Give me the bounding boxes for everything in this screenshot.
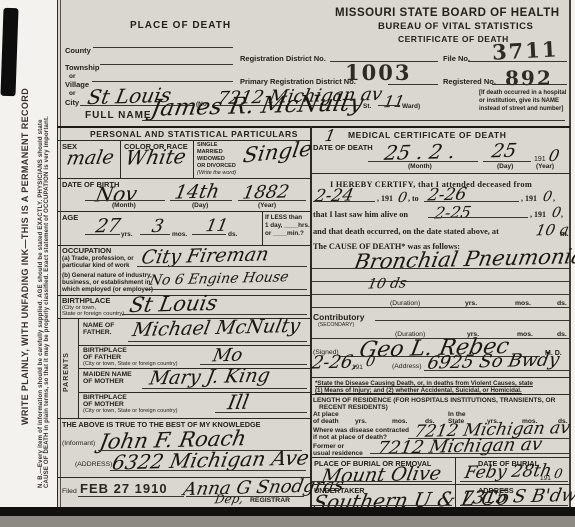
mother-birthplace-value: Ill [226, 390, 251, 415]
dob-day-sub: (Day) [192, 202, 208, 209]
father-name-value: Michael McNulty [131, 315, 302, 341]
secondary-label: (SECONDARY) [318, 323, 354, 329]
street-st-label: St. [363, 103, 371, 110]
parents-label: PARENTS [63, 352, 70, 392]
city-label: City [65, 99, 79, 108]
last-saw-label: that I last saw him alive on [313, 210, 408, 219]
last-saw-value: 2-25 [433, 203, 473, 223]
father-name-label2: FATHER. [83, 329, 112, 337]
sex-value: male [65, 146, 116, 169]
village-label: Village [65, 81, 89, 90]
at-place-yrs: yrs. [355, 418, 367, 426]
former-residence-value: 7212 Michigan av [376, 434, 544, 459]
dob-month-sub: (Month) [112, 202, 136, 209]
death-certificate-scan: WRITE PLAINLY, WITH UNFADING INK—THIS IS… [0, 0, 575, 527]
certify-to-comma: , [553, 194, 555, 203]
hospital-note: [If death occurred in a hospital or inst… [479, 90, 567, 113]
registrar-dep: Dep, [214, 492, 245, 507]
last-saw-year: , 191 [530, 210, 546, 219]
county-label: County [65, 47, 91, 56]
ward-close-label: Ward) [402, 103, 420, 110]
birthplace-sub2: State or foreign country) [62, 311, 124, 318]
or-label-2: or [69, 90, 76, 97]
registered-no-label: Registered No. [443, 78, 496, 87]
certify-from-value: 2-24 [313, 186, 355, 207]
mother-name-label2: OF MOTHER [83, 378, 124, 386]
scan-bottom-edge [0, 516, 575, 527]
personal-section-title: PERSONAL AND STATISTICAL PARTICULARS [90, 130, 298, 140]
if-less-line2: 1 day, ____hrs. [265, 222, 310, 229]
filed-label: Filed [62, 488, 77, 496]
occupation-a-value: City Fireman [140, 243, 271, 268]
dod-year-sub: (Year) [536, 163, 554, 170]
dob-year-sub: (Year) [258, 202, 276, 209]
age-ds-label: ds. [228, 231, 237, 238]
age-mos-label: mos. [172, 231, 187, 238]
last-saw-comma: , [561, 210, 563, 219]
informant-address-label: (ADDRESS) [75, 461, 112, 469]
at-place-mos: mos. [392, 418, 407, 426]
registrar-label: REGISTRAR [250, 497, 290, 505]
cause-duration-value: 10 ds [366, 275, 408, 292]
bureau-title: BUREAU OF VITAL STATISTICS [378, 22, 533, 33]
color-race-value: White [124, 144, 189, 170]
contracted-label2: if not at place of death? [313, 434, 387, 442]
mother-name-value: Mary J. King [148, 364, 272, 389]
registration-district-label: Registration District No. [240, 55, 326, 64]
dod-month-sub: (Month) [408, 163, 432, 170]
registered-no-stamp: 892 [505, 66, 553, 90]
certify-to-year: , 191 [521, 194, 537, 203]
informant-label: (Informant) [62, 440, 95, 448]
occurred-m-label: m. [560, 229, 569, 238]
scan-artifact-blob [0, 8, 18, 96]
physician-address-label: (Address) [392, 363, 421, 371]
file-no-stamp: 3711 [491, 36, 559, 64]
date-of-death-label: DATE OF DEATH [313, 144, 373, 153]
age-yrs-label: yrs. [121, 231, 133, 238]
at-place-line2: of death [313, 418, 339, 426]
occurred-label: and that death occurred, on the date sta… [313, 227, 499, 236]
dod-day-sub: (Day) [497, 163, 513, 170]
marital-label-line1: SINGLE [197, 142, 217, 148]
sign-date-year: 191 [352, 364, 363, 371]
marital-label-line4: OR DIVORCED [197, 163, 236, 169]
filed-date-stamp: FEB 27 1910 [80, 481, 168, 496]
place-of-death-label: PLACE OF DEATH [130, 20, 231, 32]
marital-label-line2: MARRIED [197, 149, 223, 155]
occupation-a-line2: particular kind of work [62, 262, 130, 269]
if-less-line1: If LESS than [265, 214, 302, 221]
board-title: MISSOURI STATE BOARD OF HEALTH [335, 7, 560, 20]
township-label: Township [65, 64, 99, 73]
margin-nb-line2: CAUSE OF DEATH in plain terms, so that i… [44, 116, 50, 488]
certify-from-year: , 191 [377, 194, 393, 203]
if-less-line3: or ____min.? [265, 230, 304, 237]
margin-nb-note: N. B.—Every item of information should b… [38, 116, 50, 488]
dod-day-value: 25 [490, 140, 518, 163]
marital-label-line5: (Write the word) [197, 170, 236, 176]
certify-to-label: , to [408, 194, 419, 203]
age-label: AGE [62, 214, 78, 223]
file-no-label: File No. [443, 55, 470, 64]
mother-birthplace-sub: (City or town, State or foreign country) [83, 408, 178, 414]
margin-warning-text: WRITE PLAINLY, WITH UNFADING INK—THIS IS… [20, 88, 30, 425]
marital-label-line3: WIDOWED [197, 156, 225, 162]
